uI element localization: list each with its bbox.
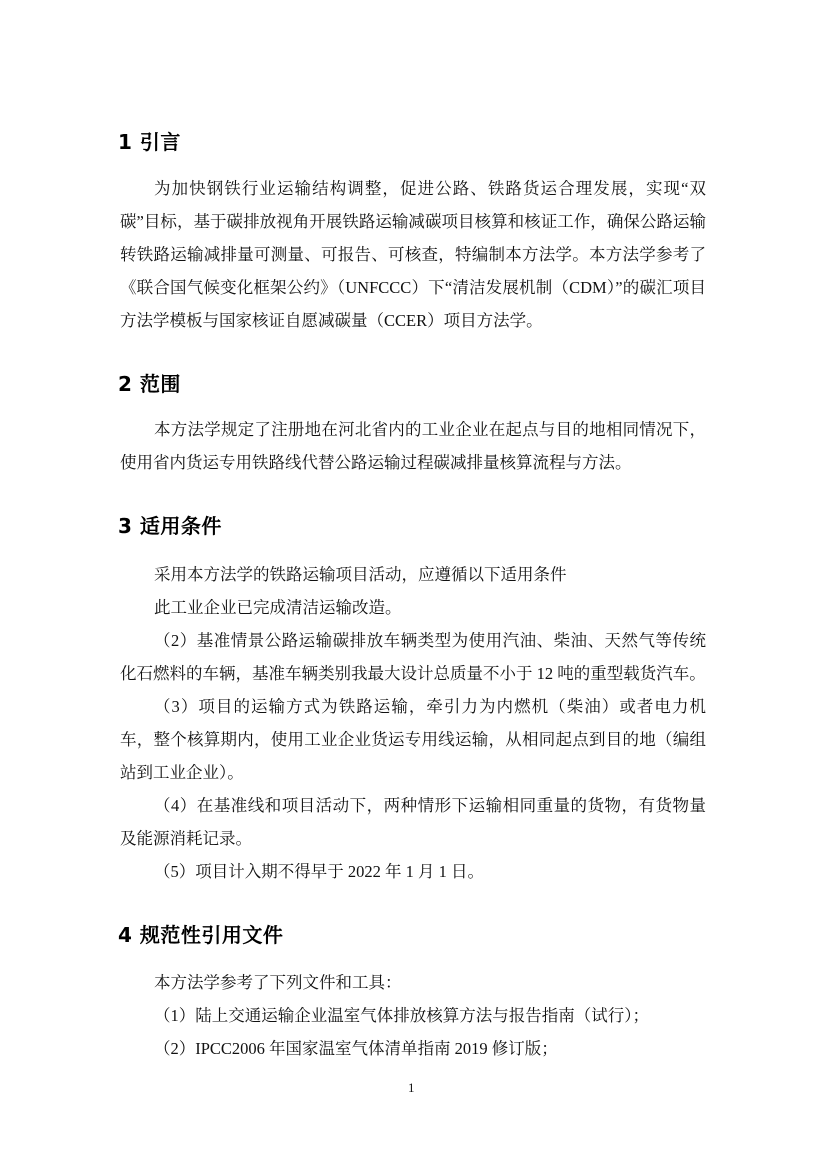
document-page: 1 引言 为加快钢铁行业运输结构调整，促进公路、铁路货运合理发展，实现“双碳”目… [0,0,824,1175]
introduction-paragraph: 为加快钢铁行业运输结构调整，促进公路、铁路货运合理发展，实现“双碳”目标，基于碳… [120,172,706,337]
section-heading-introduction: 1 引言 [118,126,181,155]
condition-item-4: （4）在基准线和项目活动下，两种情形下运输相同重量的货物，有货物量及能源消耗记录… [120,789,706,855]
condition-item-3: （3）项目的运输方式为铁路运输，牵引力为内燃机（柴油）或者电力机车，整个核算期内… [120,690,706,789]
section-heading-references: 4 规范性引用文件 [118,919,283,948]
condition-item-1: 此工业企业已完成清洁运输改造。 [154,591,740,624]
condition-item-5: （5）项目计入期不得早于 2022 年 1 月 1 日。 [120,855,706,888]
conditions-intro: 采用本方法学的铁路运输项目活动，应遵循以下适用条件 [154,558,740,591]
references-intro: 本方法学参考了下列文件和工具： [154,966,740,999]
reference-item-2: （2）IPCC2006 年国家温室气体清单指南 2019 修订版； [154,1032,740,1065]
section-heading-conditions: 3 适用条件 [118,510,222,539]
condition-item-2: （2）基准情景公路运输碳排放车辆类型为使用汽油、柴油、天然气等传统化石燃料的车辆… [120,624,706,690]
page-number: 1 [408,1080,415,1096]
reference-item-1: （1）陆上交通运输企业温室气体排放核算方法与报告指南（试行）； [154,999,740,1032]
section-heading-scope: 2 范围 [118,368,181,397]
scope-paragraph: 本方法学规定了注册地在河北省内的工业企业在起点与目的地相同情况下，使用省内货运专… [120,413,706,479]
